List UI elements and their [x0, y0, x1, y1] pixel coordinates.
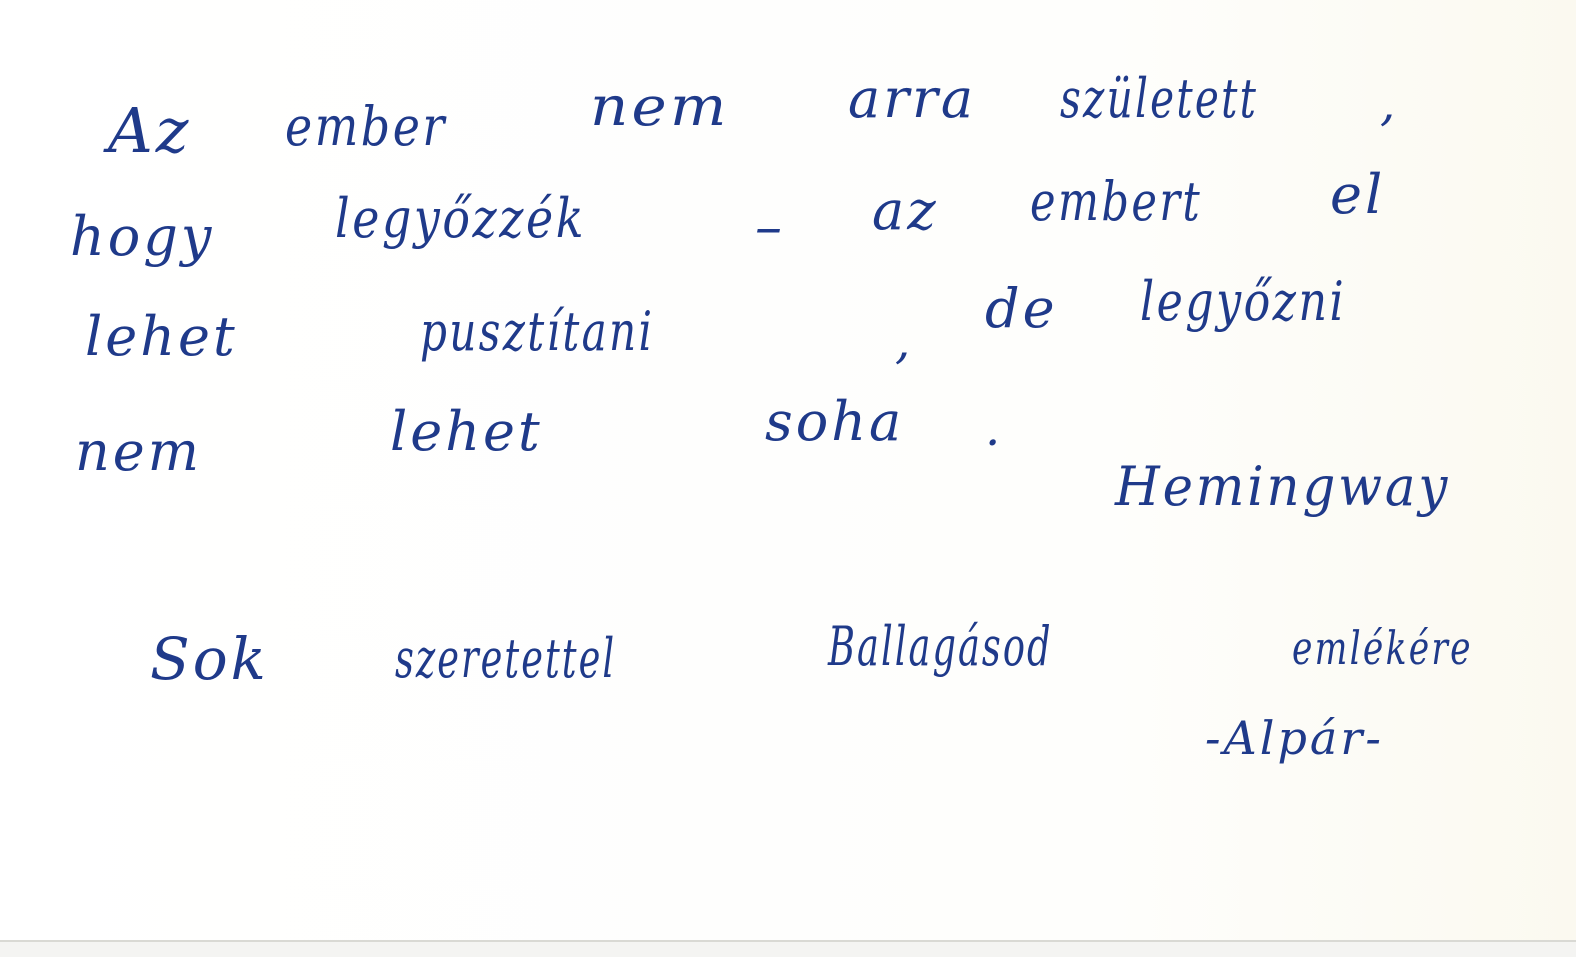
- quote-word: nem: [75, 425, 202, 479]
- quote-punctuation: ,: [1380, 80, 1398, 128]
- quote-word: arra: [848, 72, 976, 126]
- dedication-word: szeretettel: [395, 632, 616, 686]
- quote-dash: –: [755, 200, 785, 254]
- quote-word: hogy: [70, 210, 214, 264]
- quote-word: el: [1330, 168, 1385, 222]
- quote-word: legyőzni: [1140, 275, 1346, 329]
- dedication-word: emlékére: [1292, 625, 1473, 671]
- quote-word: az: [872, 184, 939, 238]
- quote-word: embert: [1030, 175, 1202, 229]
- quote-word: lehet: [390, 405, 543, 459]
- quote-punctuation: ,: [895, 318, 913, 366]
- quote-word: de: [985, 282, 1058, 336]
- quote-word: Az: [108, 100, 191, 162]
- quote-attribution: Hemingway: [1115, 460, 1450, 514]
- quote-word: ember: [285, 100, 447, 154]
- quote-word: született: [1060, 72, 1258, 126]
- quote-word: lehet: [85, 310, 238, 364]
- quote-word: soha: [765, 395, 904, 449]
- quote-word: nem: [590, 80, 730, 134]
- quote-word: pusztítani: [420, 305, 654, 359]
- signature: -Alpár-: [1205, 715, 1384, 761]
- quote-word: legyőzzék: [335, 192, 586, 246]
- scan-background: [0, 942, 1576, 957]
- dedication-word: Ballagásod: [828, 620, 1053, 674]
- quote-punctuation: .: [985, 405, 1003, 453]
- dedication-word: Sok: [150, 630, 269, 688]
